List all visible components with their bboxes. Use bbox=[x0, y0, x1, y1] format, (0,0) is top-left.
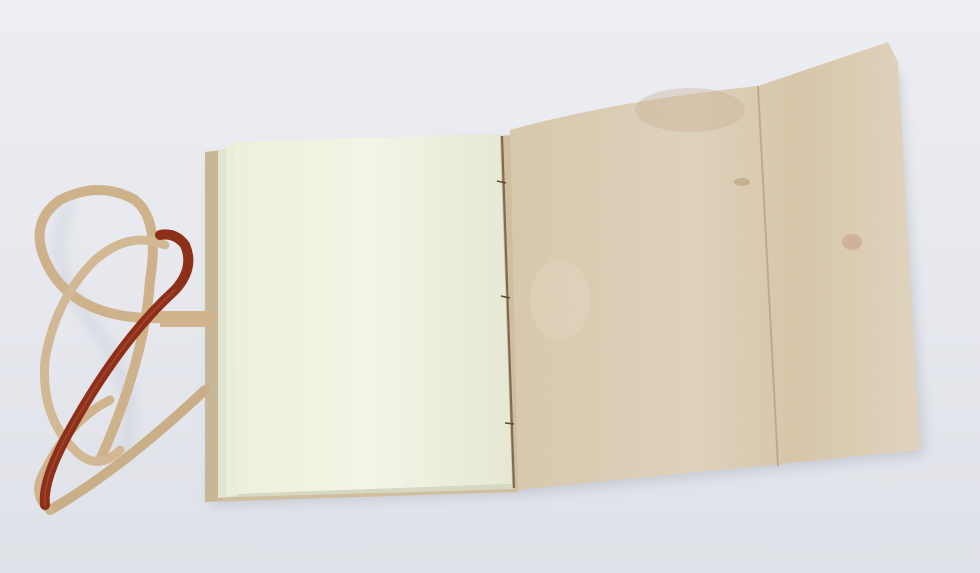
stitch-3 bbox=[505, 423, 514, 424]
page-block bbox=[218, 134, 514, 498]
leather-straps bbox=[39, 190, 215, 510]
inner-cover-suede bbox=[510, 42, 920, 490]
photo-scene: Open handmade leather journal with blank… bbox=[0, 0, 980, 573]
